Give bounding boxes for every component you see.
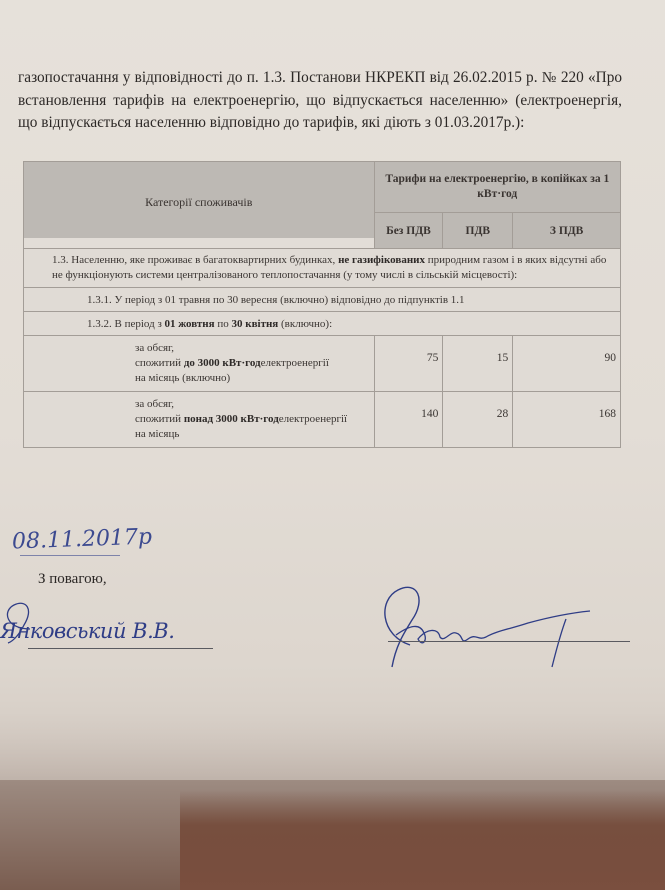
section-1-3: 1.3. Населенню, яке проживає в багатоква… — [24, 249, 621, 288]
signature-name: Янковський В.В. — [0, 619, 174, 643]
value-no-vat: 140 — [374, 392, 443, 448]
closing-text: З повагою, — [38, 571, 107, 588]
value-text: 28 — [497, 408, 509, 420]
row-line2-bold: до 3000 кВт·год — [184, 357, 261, 369]
header-tariff-group: Тарифи на електроенергію, в копійках за … — [374, 162, 620, 213]
intro-text: газопостачання у відповідності до п. 1.3… — [18, 67, 622, 135]
table-header-row: Категорії споживачів Тарифи на електроен… — [24, 162, 621, 213]
row-line2-prefix: спожитий — [135, 413, 184, 425]
row-description: за обсяг, спожитий понад 3000 кВт·годеле… — [24, 392, 375, 448]
table-row: за обсяг, спожитий понад 3000 кВт·годеле… — [24, 392, 621, 448]
row-line2-suffix: електроенергії — [261, 357, 329, 369]
subsection-1-3-2: 1.3.2. В період з 01 жовтня по 30 квітня… — [24, 312, 621, 336]
value-vat: 15 — [443, 336, 513, 392]
row-line1: за обсяг, — [135, 341, 368, 356]
section-text-bold: не газифікованих — [338, 254, 425, 266]
sub2-prefix: 1.3.2. В період з — [87, 318, 165, 330]
row-line2-bold: понад 3000 кВт·год — [184, 413, 279, 425]
row-line2-suffix: електроенергії — [279, 413, 347, 425]
value-vat: 28 — [443, 392, 513, 448]
subsection-1-3-1: 1.3.1. У період з 01 травня по 30 вересн… — [24, 288, 621, 312]
table-row-sub1: 1.3.1. У період з 01 травня по 30 вересн… — [24, 288, 621, 312]
sub2-mid: по — [215, 318, 232, 330]
sub2-bold-end: 30 квітня — [231, 318, 278, 330]
row-line3: на місяць (включно) — [135, 371, 368, 386]
value-with-vat: 90 — [513, 336, 621, 392]
row-line1: за обсяг, — [135, 397, 368, 412]
row-line3: на місяць — [135, 427, 368, 442]
signature-line-left — [28, 648, 213, 649]
date-underline — [20, 555, 120, 556]
value-text: 140 — [421, 408, 438, 420]
value-text: 168 — [599, 408, 616, 420]
value-with-vat: 168 — [513, 392, 621, 448]
value-text: 90 — [605, 352, 617, 364]
table-row-section: 1.3. Населенню, яке проживає в багатоква… — [24, 249, 621, 288]
header-no-vat: Без ПДВ — [374, 213, 443, 249]
handwritten-date: 08.11.2017р — [12, 525, 153, 555]
value-no-vat: 75 — [374, 336, 443, 392]
sub2-suffix: (включно): — [278, 318, 332, 330]
row-line2: спожитий понад 3000 кВт·годелектроенергі… — [135, 412, 368, 427]
signature-scribble — [360, 575, 640, 675]
header-with-vat: З ПДВ — [513, 213, 621, 249]
value-text: 75 — [427, 352, 439, 364]
signature-line-right — [388, 641, 630, 642]
table-row-sub2: 1.3.2. В період з 01 жовтня по 30 квітня… — [24, 312, 621, 336]
sub2-bold-start: 01 жовтня — [165, 318, 215, 330]
header-category-label: Категорії споживачів — [24, 195, 374, 210]
header-vat: ПДВ — [443, 213, 513, 249]
tariff-table: Категорії споживачів Тарифи на електроен… — [23, 161, 621, 448]
row-description: за обсяг, спожитий до 3000 кВт·годелектр… — [24, 336, 375, 392]
header-category: Категорії споживачів — [24, 162, 375, 249]
value-text: 15 — [497, 352, 509, 364]
section-text-prefix: 1.3. Населенню, яке проживає в багатоква… — [52, 254, 338, 266]
photo-background-shadow — [180, 790, 665, 890]
row-line2: спожитий до 3000 кВт·годелектроенергії — [135, 356, 368, 371]
header-strip — [24, 238, 374, 248]
row-line2-prefix: спожитий — [135, 357, 184, 369]
intro-paragraph: газопостачання у відповідності до п. 1.3… — [18, 67, 622, 135]
table-row: за обсяг, спожитий до 3000 кВт·годелектр… — [24, 336, 621, 392]
